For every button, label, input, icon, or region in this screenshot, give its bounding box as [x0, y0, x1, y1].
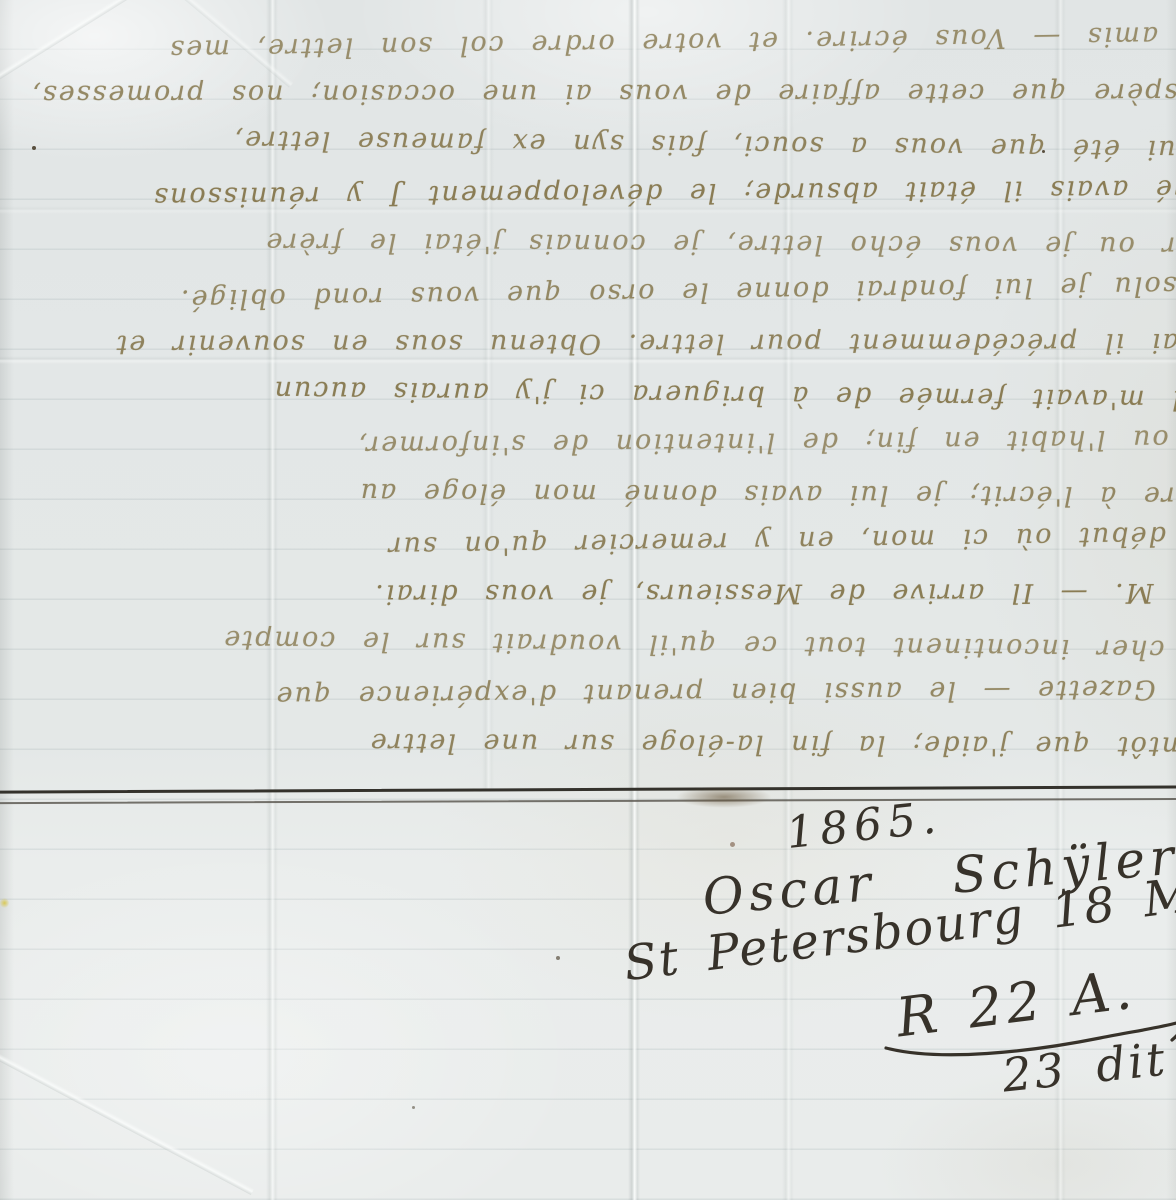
paper-stain [0, 898, 9, 908]
paper-speck [556, 956, 560, 960]
divider-rule-top [0, 785, 1176, 793]
handwriting-line: chez ou l'habit en fin; de l'intention d… [0, 413, 1176, 473]
paper-speck [412, 1106, 415, 1109]
handwriting-line: chers amis — Vous écrire. et votre ordre… [0, 9, 1176, 77]
paper-speck [730, 842, 735, 847]
handwriting-line: dorai il précédemment pour lettre. Obten… [0, 317, 1176, 369]
handwriting-line: j'espère que cette affaire de vous ai un… [0, 67, 1176, 119]
handwriting-line: Q x M. — Il arrive de Messieurs, je vous… [0, 567, 1176, 619]
docket-received-mark: R 22 A. [893, 958, 1139, 1050]
divider-rule-bottom [0, 798, 1176, 804]
inverted-handwriting-block: chers amis — Vous écrire. et votre ordre… [0, 18, 1176, 768]
handwriting-line: bientôt que j'aide; la fin la-éloge sur … [0, 715, 1176, 771]
fold-crease-diagonal [0, 1048, 254, 1195]
handwriting-line: la Gazette — le aussi bien prenant d'exp… [0, 663, 1176, 723]
docket-answered-mark: 23 dit [1000, 1031, 1171, 1102]
paper-speck [32, 146, 36, 150]
ink-smudge [676, 786, 772, 808]
letter-scan: chers amis — Vous écrire. et votre ordre… [0, 0, 1176, 1200]
paper-speck [1042, 150, 1045, 153]
handwriting-line: obligé avais il était absurde; le dévelo… [0, 163, 1176, 223]
